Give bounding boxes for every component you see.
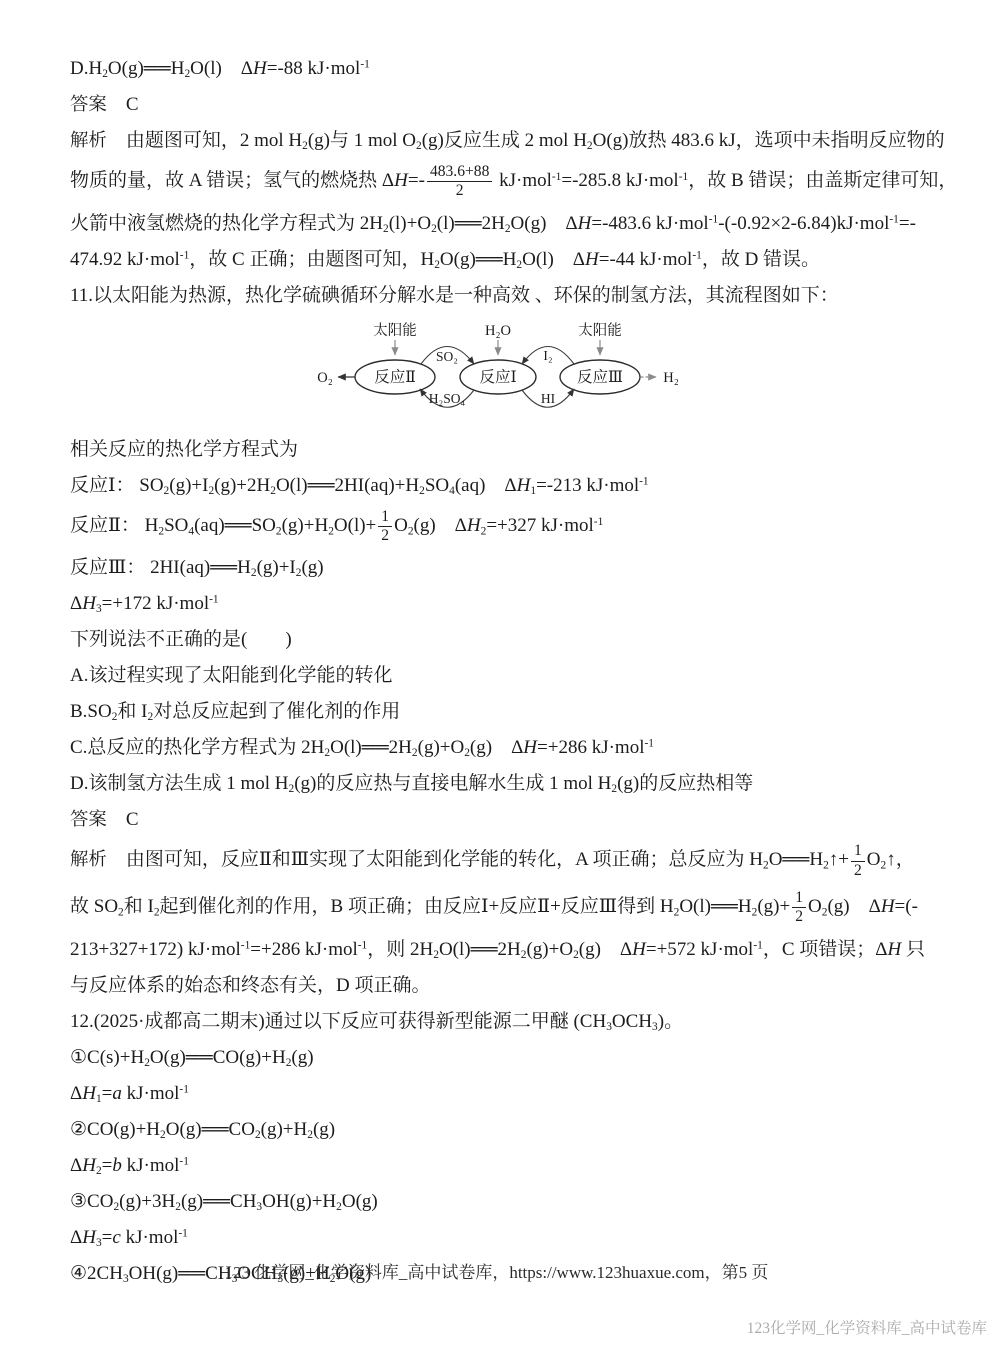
text-line: 解析 由图可知，反应Ⅱ和Ⅲ实现了太阳能到化学能的转化，A 项正确；总反应为 H2…: [70, 843, 945, 879]
text-line: B.SO2和 I2对总反应起到了催化剂的作用: [70, 699, 945, 724]
h2-label: H₂: [663, 370, 679, 386]
text-line: 答案 C: [70, 807, 945, 832]
solar-label-left: 太阳能: [373, 322, 417, 339]
text-line: ②CO(g)+H2O(g)══CO2(g)+H2(g): [70, 1117, 945, 1142]
text-line: D.H2O(g)══H2O(l) ΔH=-88 kJ·mol-1: [70, 56, 945, 81]
hi-label: HI: [540, 391, 555, 406]
text-line: 474.92 kJ·mol-1，故 C 正确；由题图可知，H2O(g)══H2O…: [70, 247, 945, 272]
text-line: 反应Ⅲ： 2HI(aq)══H2(g)+I2(g): [70, 555, 945, 580]
text-line: 下列说法不正确的是( ): [70, 627, 945, 652]
text-line: ΔH1=a kJ·mol-1: [70, 1081, 945, 1106]
text-line: 反应Ⅰ： SO2(g)+I2(g)+2H2O(l)══2HI(aq)+H2SO4…: [70, 473, 945, 498]
text-block-top: D.H2O(g)══H2O(l) ΔH=-88 kJ·mol-1答案 C解析 由…: [70, 56, 945, 308]
text-block-bottom: 相关反应的热化学方程式为反应Ⅰ： SO2(g)+I2(g)+2H2O(l)══2…: [70, 437, 945, 1286]
text-line: 12.(2025·成都高二期末)通过以下反应可获得新型能源二甲醚 (CH3OCH…: [70, 1009, 945, 1034]
o2-label: O₂: [317, 370, 333, 386]
reaction-1-node: 反应Ⅰ: [479, 368, 516, 386]
document-page: D.H2O(g)══H2O(l) ΔH=-88 kJ·mol-1答案 C解析 由…: [0, 0, 993, 1347]
text-line: D.该制氢方法生成 1 mol H2(g)的反应热与直接电解水生成 1 mol …: [70, 771, 945, 796]
text-line: ①C(s)+H2O(g)══CO(g)+H2(g): [70, 1045, 945, 1070]
text-line: 反应Ⅱ： H2SO4(aq)══SO2(g)+H2O(l)+12O2(g) ΔH…: [70, 509, 945, 545]
watermark-text: 123化学网_化学资料库_高中试卷库: [747, 1320, 987, 1337]
text-line: A.该过程实现了太阳能到化学能的转化: [70, 663, 945, 688]
text-line: ΔH3=c kJ·mol-1: [70, 1225, 945, 1250]
text-line: 答案 C: [70, 92, 945, 117]
diagram-container: 太阳能 H₂O 太阳能 反应Ⅱ 反应Ⅰ 反应Ⅲ O₂ H₂ SO₂ H₂SO₄ …: [313, 319, 703, 427]
text-line: ΔH2=b kJ·mol-1: [70, 1153, 945, 1178]
h2so4-label: H₂SO₄: [428, 391, 465, 406]
text-line: 物质的量，故 A 错误；氢气的燃烧热 ΔH=-483.6+882 kJ·mol-…: [70, 164, 945, 200]
text-line: 213+327+172) kJ·mol-1=+286 kJ·mol-1，则 2H…: [70, 937, 945, 962]
footer-text: 123 化学网_化学资料库_高中试卷库，https://www.123huaxu…: [225, 1263, 769, 1282]
text-line: 相关反应的热化学方程式为: [70, 437, 945, 462]
footer: 123 化学网_化学资料库_高中试卷库，https://www.123huaxu…: [0, 1258, 993, 1283]
text-line: C.总反应的热化学方程式为 2H2O(l)══2H2(g)+O2(g) ΔH=+…: [70, 735, 945, 760]
reaction-3-node: 反应Ⅲ: [577, 368, 623, 386]
so2-label: SO₂: [436, 349, 458, 364]
document-body: D.H2O(g)══H2O(l) ΔH=-88 kJ·mol-1答案 C解析 由…: [70, 56, 945, 1297]
text-line: ③CO2(g)+3H2(g)══CH3OH(g)+H2O(g): [70, 1189, 945, 1214]
watermark: 123化学网_化学资料库_高中试卷库: [747, 1316, 987, 1338]
i2-label: I₂: [543, 348, 552, 363]
text-line: 11.以太阳能为热源，热化学硫碘循环分解水是一种高效 、环保的制氢方法，其流程图…: [70, 283, 945, 308]
text-line: 火箭中液氢燃烧的热化学方程式为 2H2(l)+O2(l)══2H2O(g) ΔH…: [70, 211, 945, 236]
reaction-2-node: 反应Ⅱ: [374, 368, 416, 386]
solar-label-right: 太阳能: [578, 322, 622, 339]
text-line: 故 SO2和 I2起到催化剂的作用，B 项正确；由反应Ⅰ+反应Ⅱ+反应Ⅲ得到 H…: [70, 890, 945, 926]
h2o-label: H₂O: [485, 323, 511, 339]
text-line: ΔH3=+172 kJ·mol-1: [70, 591, 945, 616]
text-line: 与反应体系的始态和终态有关，D 项正确。: [70, 973, 945, 998]
sulfur-iodine-cycle-diagram: 太阳能 H₂O 太阳能 反应Ⅱ 反应Ⅰ 反应Ⅲ O₂ H₂ SO₂ H₂SO₄ …: [313, 319, 703, 427]
text-line: 解析 由题图可知，2 mol H2(g)与 1 mol O2(g)反应生成 2 …: [70, 128, 945, 153]
